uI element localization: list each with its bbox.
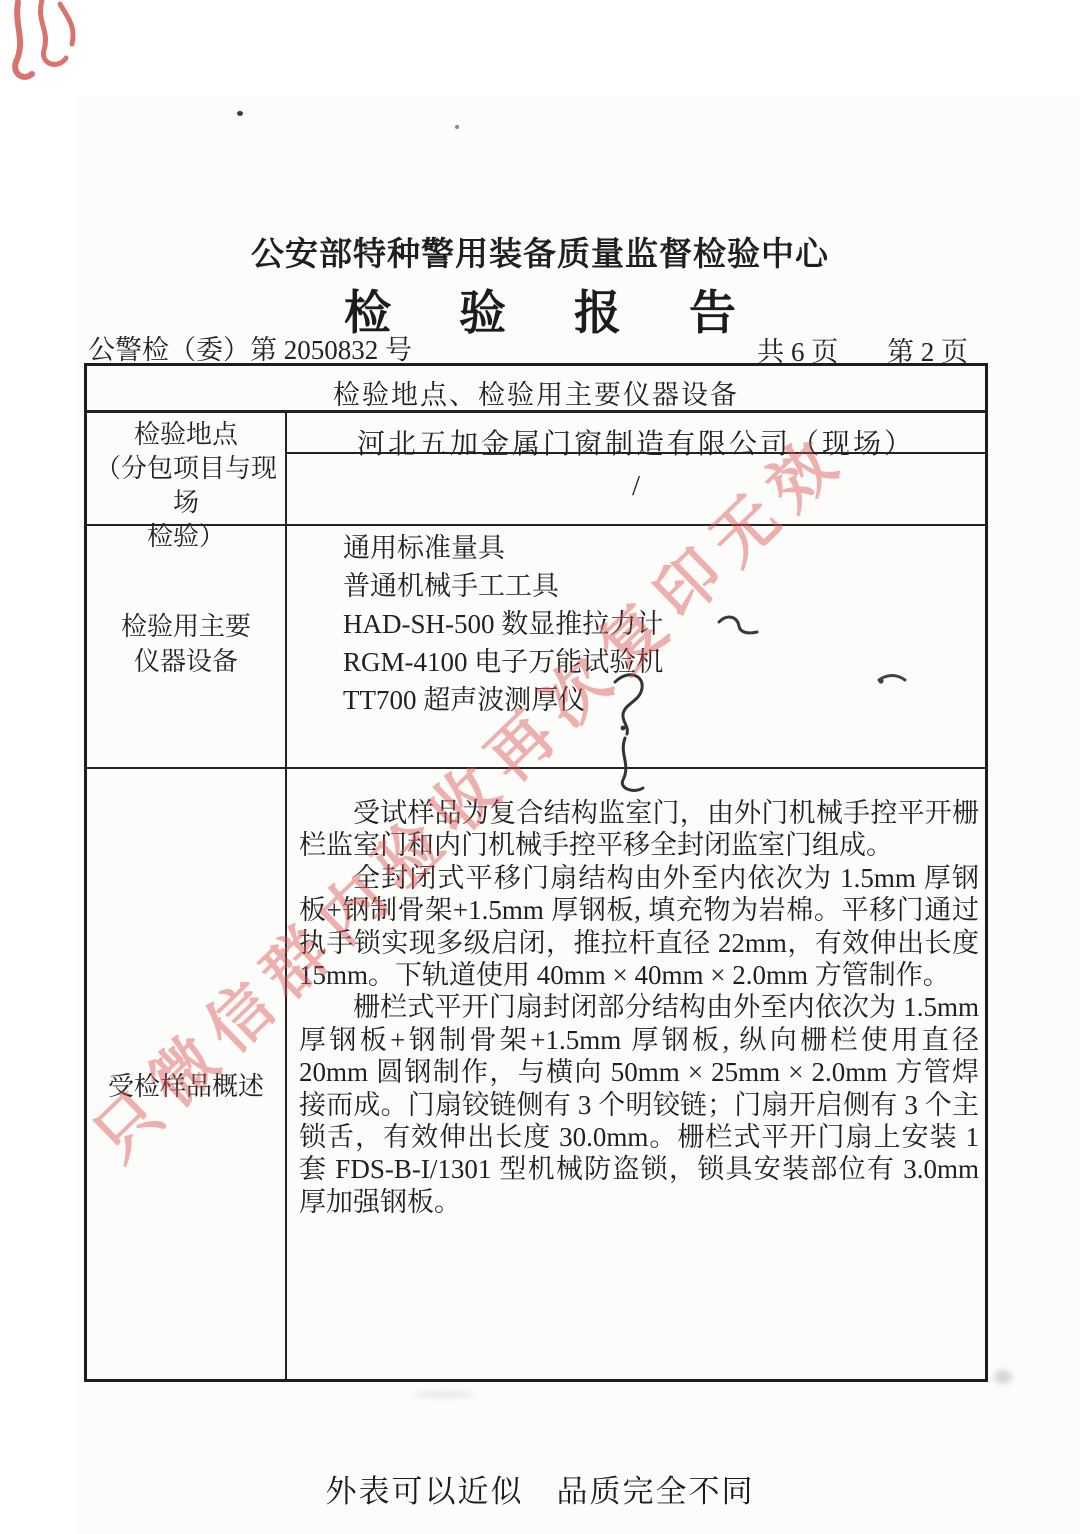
pen-mark bbox=[873, 666, 913, 692]
footer-caption: 外表可以近似 品质完全不同 bbox=[0, 1466, 1080, 1511]
scan-smudge bbox=[412, 1391, 476, 1398]
table-line bbox=[285, 413, 287, 1379]
equipment-label-line: 检验用主要 bbox=[87, 609, 285, 644]
location-label: 检验地点 （分包项目与现场 检验） bbox=[87, 418, 285, 554]
equipment-label-line: 仪器设备 bbox=[87, 644, 285, 679]
site-name: 河北五加金属门窗制造有限公司（现场） bbox=[287, 422, 985, 462]
location-label-line: （分包项目与现场 bbox=[87, 452, 285, 520]
table-title: 检验地点、检验用主要仪器设备 bbox=[87, 373, 985, 412]
sample-paragraph: 全封闭式平移门扇结构由外至内依次为 1.5mm 厚钢板+钢制骨架+1.5mm 厚… bbox=[299, 862, 979, 992]
report-title: 检验报告 bbox=[344, 276, 804, 343]
equipment-item: 通用标准量具 bbox=[343, 529, 663, 567]
subcontract-value: / bbox=[287, 470, 985, 503]
location-label-line: 检验地点 bbox=[87, 418, 285, 452]
scanned-report-page: 公安部特种警用装备质量监督检验中心 检验报告 公警检（委）第 2050832 号… bbox=[0, 0, 1080, 1534]
org-name: 公安部特种警用装备质量监督检验中心 bbox=[0, 228, 1080, 275]
sample-paragraph: 栅栏式平开门扇封闭部分结构由外至内依次为 1.5mm 厚钢板+钢制骨架+1.5m… bbox=[299, 991, 979, 1218]
red-pen-scribble bbox=[6, 0, 84, 96]
location-label-line: 检验） bbox=[87, 520, 285, 554]
pen-squiggle bbox=[599, 606, 819, 806]
ink-speck bbox=[455, 125, 459, 129]
table-line bbox=[87, 767, 985, 769]
ink-speck bbox=[237, 111, 243, 116]
sample-paragraph: 受试样品为复合结构监室门，由外门机械手控平开栅栏监室门和内门机械手控平移全封闭监… bbox=[299, 797, 979, 862]
report-number: 公警检（委）第 2050832 号 bbox=[88, 328, 412, 367]
sample-label: 受检样品概述 bbox=[87, 1066, 285, 1103]
sample-description: 受试样品为复合结构监室门，由外门机械手控平开栅栏监室门和内门机械手控平移全封闭监… bbox=[299, 797, 979, 1218]
scan-smudge bbox=[994, 1370, 1012, 1384]
equipment-item: 普通机械手工工具 bbox=[343, 567, 663, 605]
equipment-label: 检验用主要 仪器设备 bbox=[87, 609, 285, 679]
inspection-table: 检验地点、检验用主要仪器设备 检验地点 （分包项目与现场 检验） 河北五加金属门… bbox=[84, 363, 988, 1382]
